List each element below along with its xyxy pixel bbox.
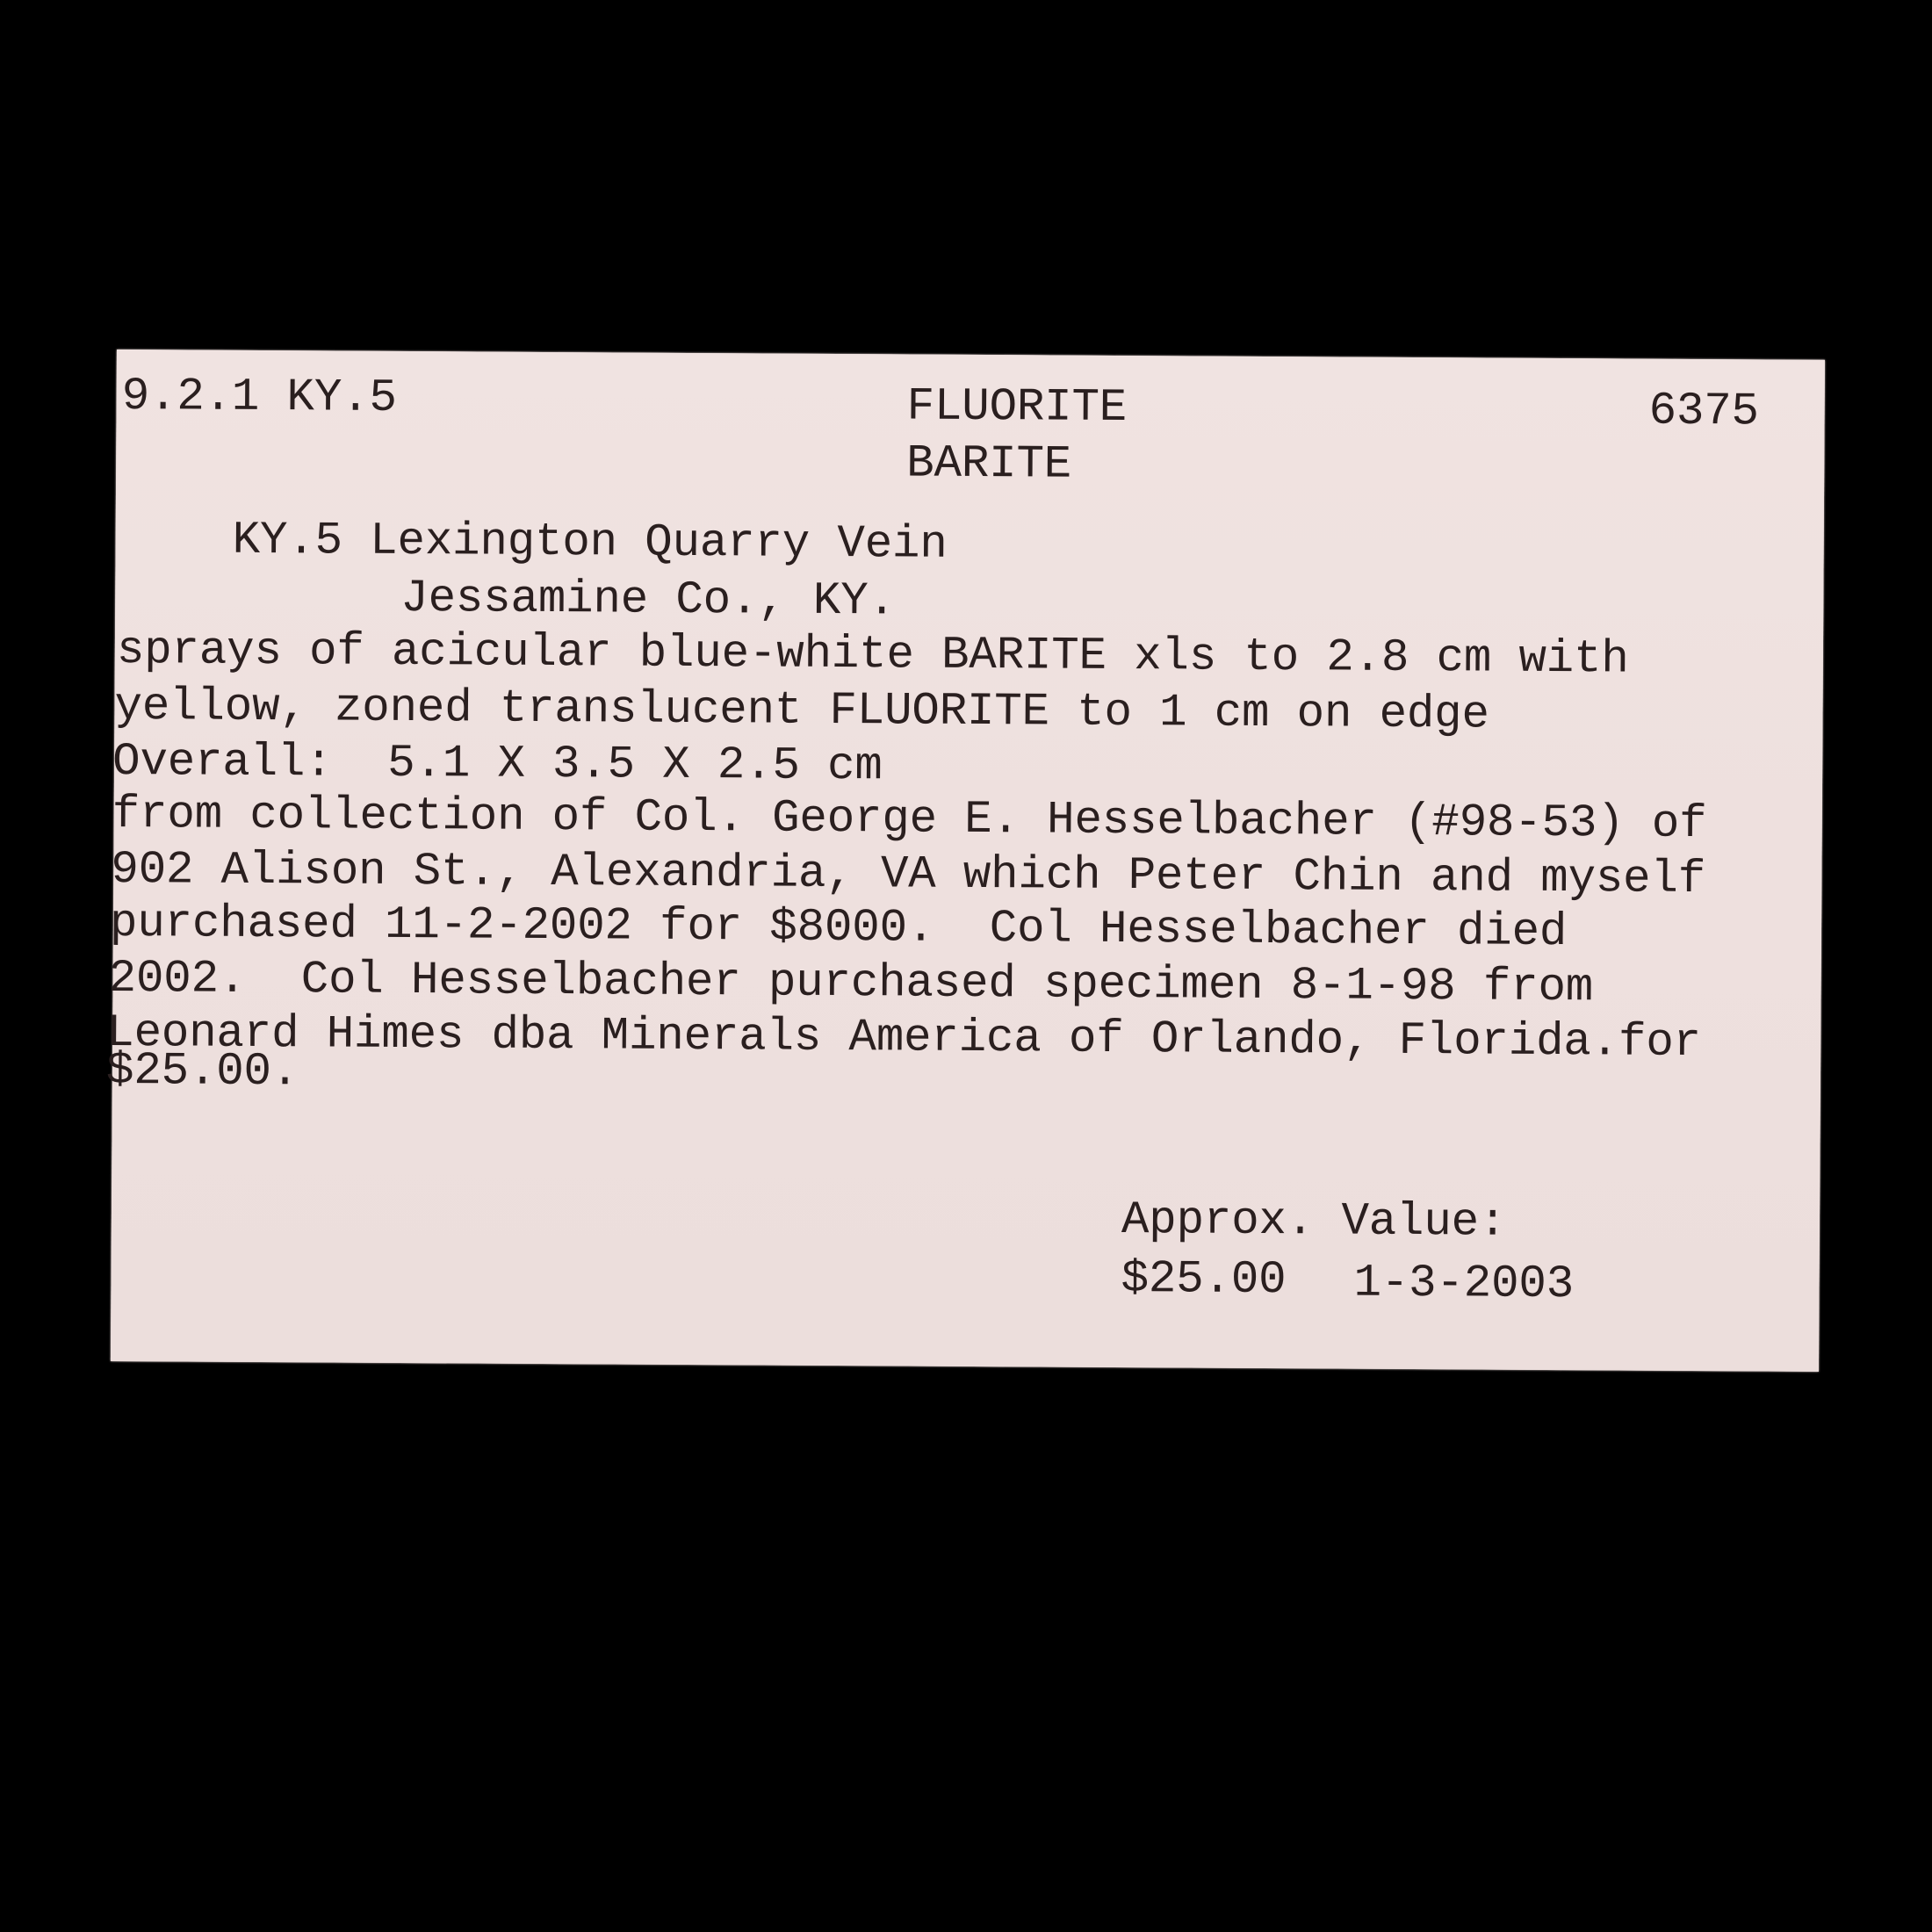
approx-value-amount: $25.00: [1121, 1256, 1286, 1303]
species-secondary: BARITE: [906, 440, 1071, 487]
description-line: purchased 11-2-2002 for $8000. Col Hesse…: [110, 900, 1567, 955]
description-line: 2002. Col Hesselbacher purchased specime…: [108, 955, 1593, 1011]
catalog-code: 9.2.1 KY.5: [122, 373, 397, 421]
description-line: yellow, zoned translucent FLUORITE to 1 …: [114, 683, 1489, 738]
description-line: from collection of Col. George E. Hessel…: [112, 791, 1707, 847]
description-line: 902 Alison St., Alexandria, VA which Pet…: [111, 847, 1705, 903]
approx-value-date: 1-3-2003: [1353, 1260, 1574, 1308]
locality-line-2: Jessamine Co., KY.: [400, 575, 896, 624]
species-primary: FLUORITE: [906, 383, 1127, 430]
specimen-label-card: 9.2.1 KY.5 FLUORITE BARITE 6375 KY.5 Lex…: [111, 350, 1825, 1372]
description-line: Overall: 5.1 X 3.5 X 2.5 cm: [112, 739, 883, 789]
description-line: $25.00.: [106, 1048, 299, 1095]
specimen-number: 6375: [1648, 388, 1759, 435]
description-line: sprays of acicular blue-white BARITE xls…: [117, 627, 1629, 682]
approx-value-label: Approx. Value:: [1121, 1197, 1507, 1245]
description-line: Leonard Himes dba Minerals America of Or…: [106, 1010, 1701, 1066]
locality-line-1: KY.5 Lexington Quarry Vein: [233, 517, 948, 567]
